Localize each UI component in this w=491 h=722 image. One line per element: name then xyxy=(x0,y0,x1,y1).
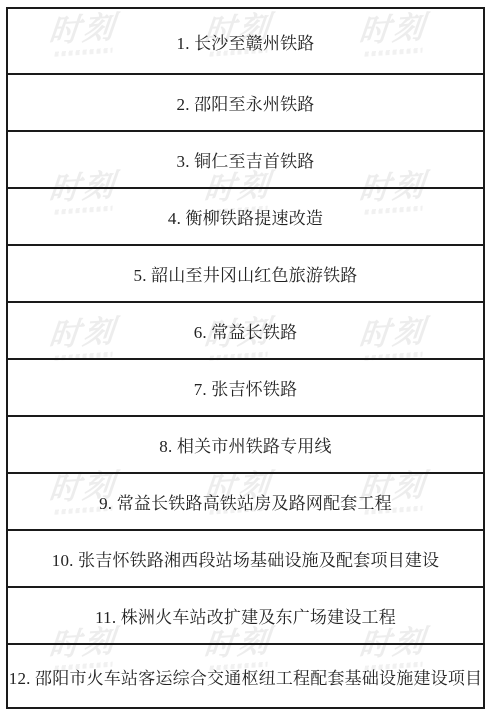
row-text: 8. 相关市州铁路专用线 xyxy=(159,432,331,457)
row-text: 6. 常益长铁路 xyxy=(194,318,298,343)
row-text: 12. 邵阳市火车站客运综合交通枢纽工程配套基础设施建设项目 xyxy=(9,664,483,689)
table-row: 3. 铜仁至吉首铁路 xyxy=(8,130,483,187)
table-row: 10. 张吉怀铁路湘西段站场基础设施及配套项目建设 xyxy=(8,529,483,586)
table-row: 6. 常益长铁路 xyxy=(8,301,483,358)
table-row: 9. 常益长铁路高铁站房及路网配套工程 xyxy=(8,472,483,529)
document-page: 时刻 时刻 时刻 时刻 时刻 时刻 时刻 时刻 时刻 时刻 时刻 时刻 时刻 时… xyxy=(0,0,491,722)
table-row: 4. 衡柳铁路提速改造 xyxy=(8,187,483,244)
row-text: 5. 韶山至井冈山红色旅游铁路 xyxy=(134,261,358,286)
table-row: 8. 相关市州铁路专用线 xyxy=(8,415,483,472)
row-text: 2. 邵阳至永州铁路 xyxy=(177,90,315,115)
table-row: 12. 邵阳市火车站客运综合交通枢纽工程配套基础设施建设项目 xyxy=(8,643,483,707)
row-text: 4. 衡柳铁路提速改造 xyxy=(168,204,323,229)
row-text: 9. 常益长铁路高铁站房及路网配套工程 xyxy=(99,489,392,514)
table-row: 2. 邵阳至永州铁路 xyxy=(8,73,483,130)
row-text: 11. 株洲火车站改扩建及东广场建设工程 xyxy=(95,603,396,628)
table-row: 5. 韶山至井冈山红色旅游铁路 xyxy=(8,244,483,301)
table-row: 1. 长沙至赣州铁路 xyxy=(8,9,483,73)
row-text: 7. 张吉怀铁路 xyxy=(194,375,298,400)
railway-project-table: 1. 长沙至赣州铁路 2. 邵阳至永州铁路 3. 铜仁至吉首铁路 4. 衡柳铁路… xyxy=(6,7,485,709)
row-text: 1. 长沙至赣州铁路 xyxy=(177,29,315,54)
row-text: 10. 张吉怀铁路湘西段站场基础设施及配套项目建设 xyxy=(52,546,440,571)
table-row: 11. 株洲火车站改扩建及东广场建设工程 xyxy=(8,586,483,643)
row-text: 3. 铜仁至吉首铁路 xyxy=(177,147,315,172)
table-row: 7. 张吉怀铁路 xyxy=(8,358,483,415)
